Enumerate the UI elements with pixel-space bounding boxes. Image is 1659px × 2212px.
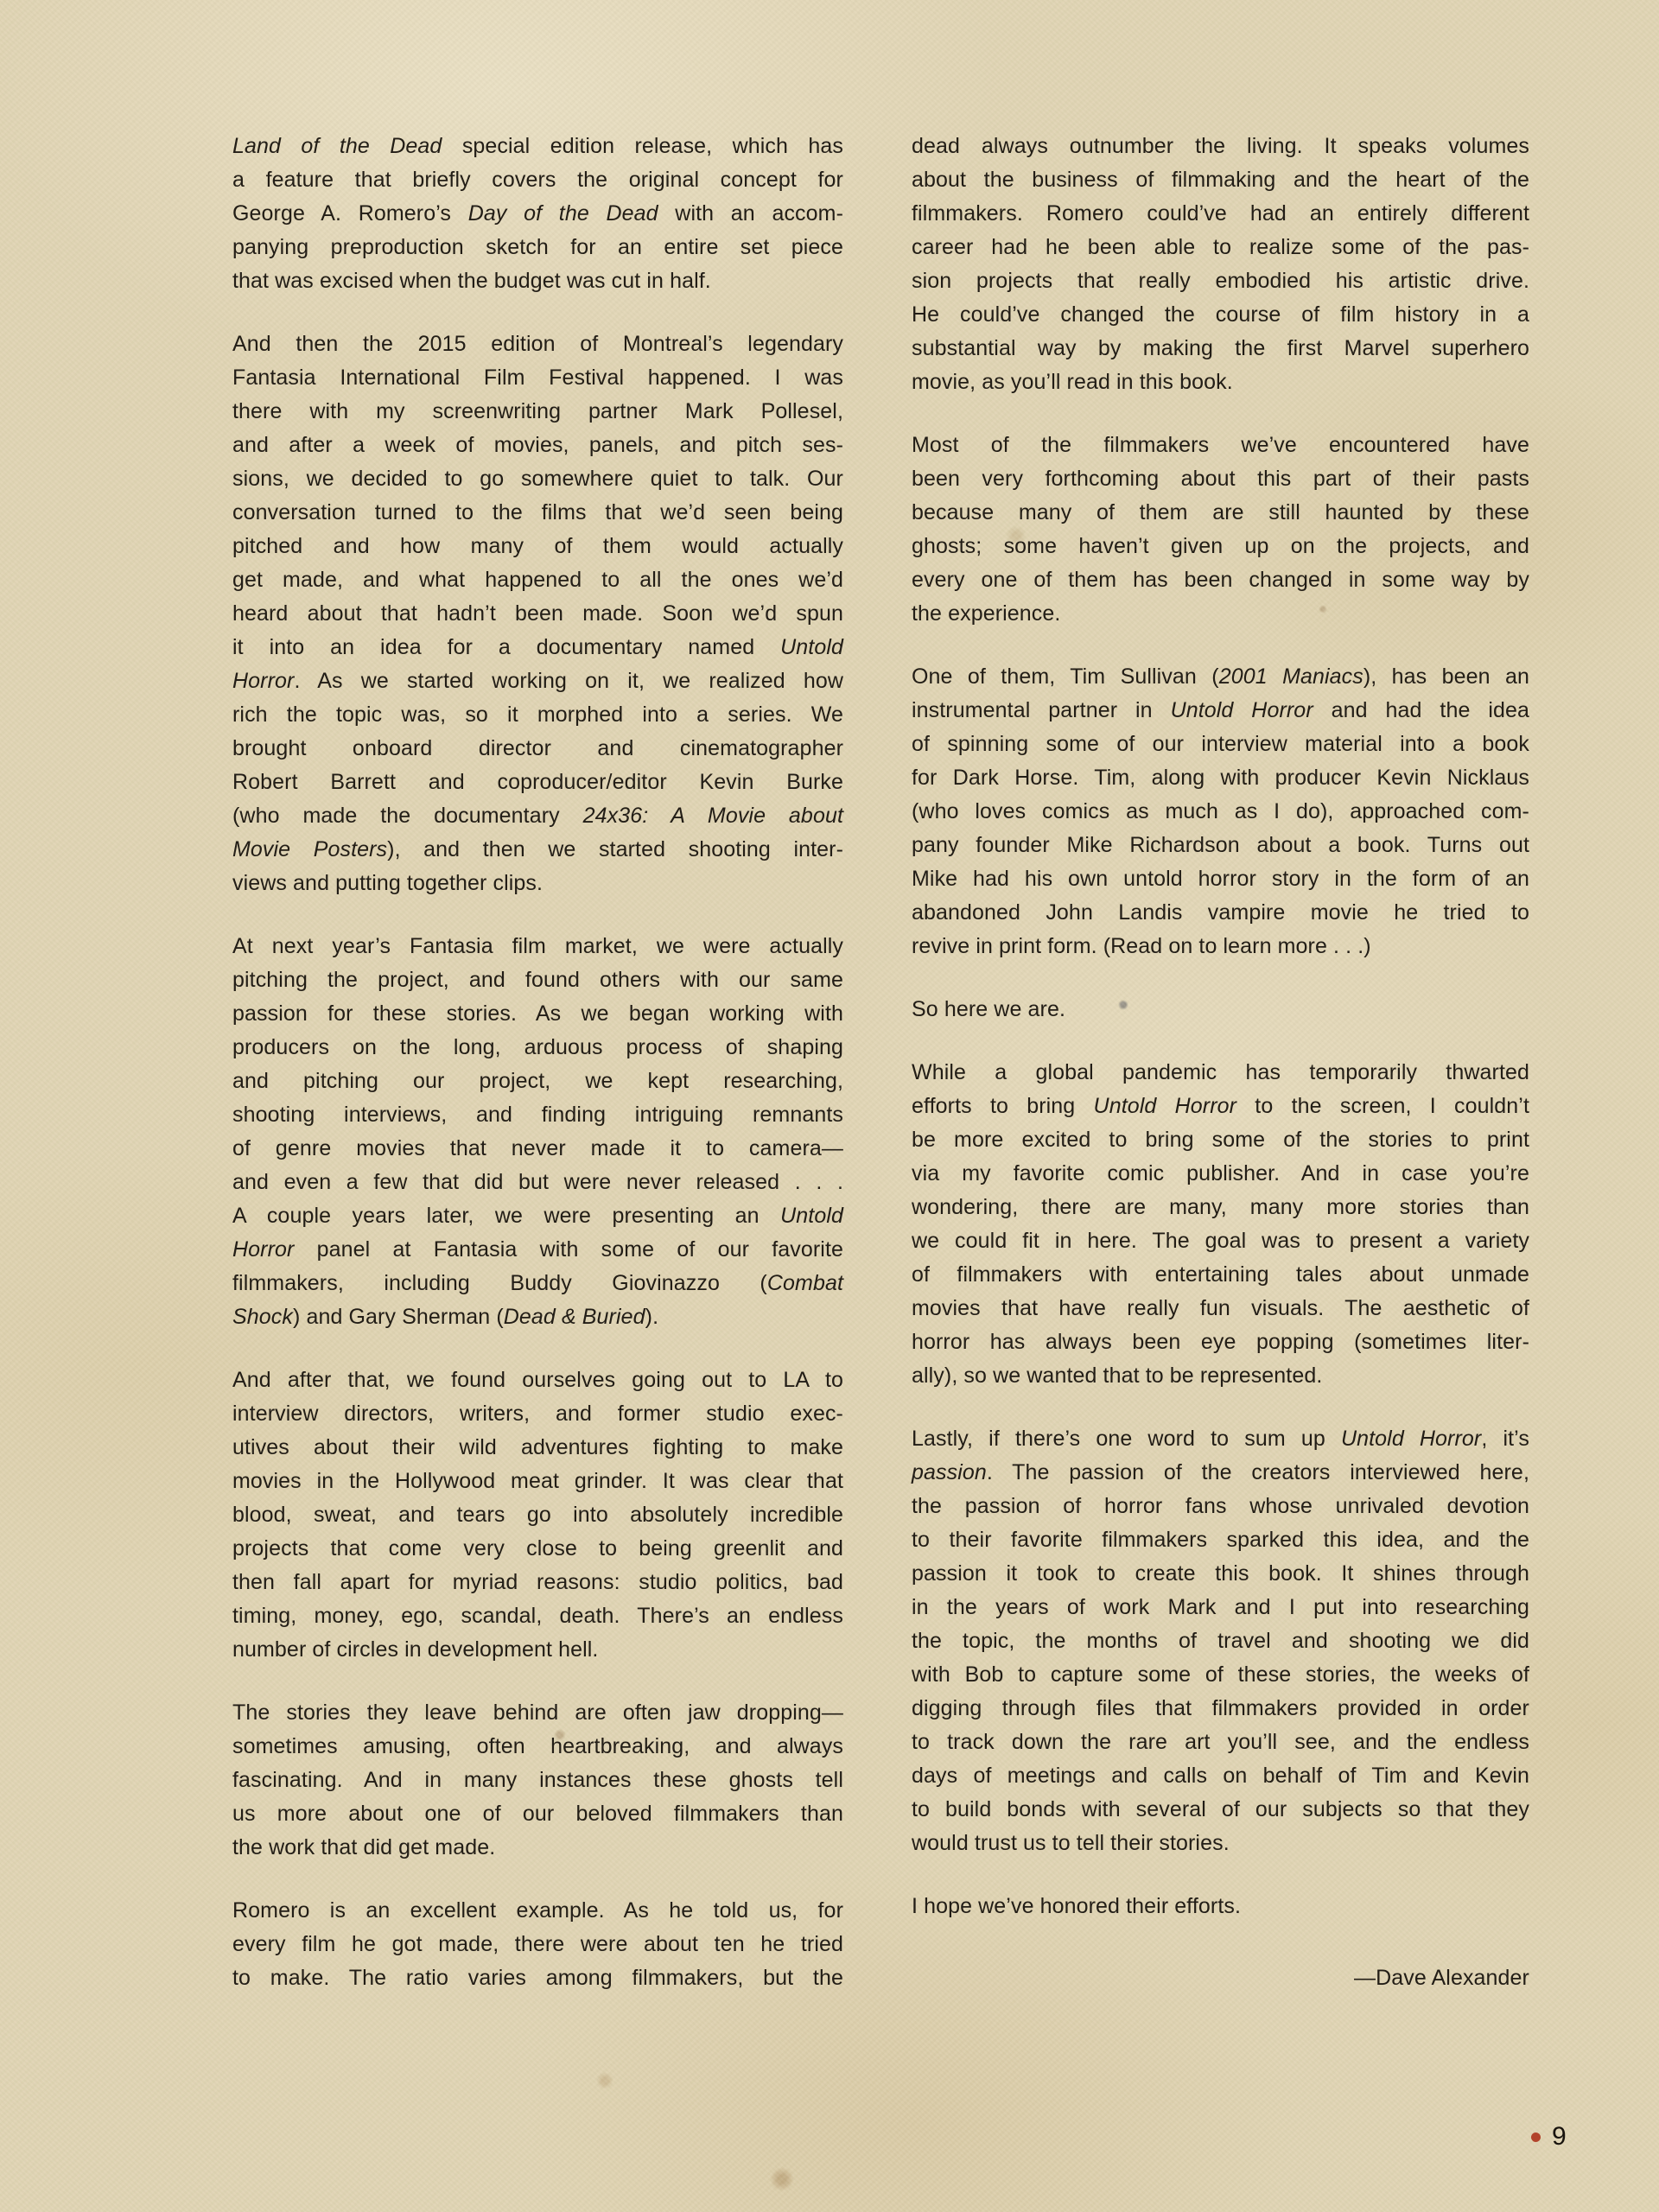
text-line: heard about that hadn’t been made. Soon … xyxy=(232,597,843,631)
text-run: us more about one of our beloved filmmak… xyxy=(232,1802,843,1826)
text-line: fascinating. And in many instances these… xyxy=(232,1764,843,1797)
text-run: So here we are. xyxy=(912,997,1065,1021)
text-line: He could’ve changed the course of film h… xyxy=(912,298,1529,332)
text-run: and had the idea xyxy=(1313,698,1529,722)
text-line: sometimes amusing, often heartbreaking, … xyxy=(232,1730,843,1764)
text-line: to build bonds with several of our subje… xyxy=(912,1793,1529,1827)
text-line: been very forthcoming about this part of… xyxy=(912,462,1529,496)
text-run: and pitching our project, we kept resear… xyxy=(232,1069,843,1093)
text-line: be more excited to bring some of the sto… xyxy=(912,1123,1529,1157)
italic-text-run: Dead & Buried xyxy=(504,1305,645,1329)
author-signature: —Dave Alexander xyxy=(912,1961,1529,1995)
text-run: views and putting together clips. xyxy=(232,871,543,895)
text-run: George A. Romero’s xyxy=(232,201,468,226)
paragraph: One of them, Tim Sullivan (2001 Maniacs)… xyxy=(912,660,1529,963)
text-run: then fall apart for myriad reasons: stud… xyxy=(232,1570,843,1594)
text-run: the work that did get made. xyxy=(232,1835,495,1859)
italic-text-run: passion xyxy=(912,1460,987,1484)
text-run: passion for these stories. As we began w… xyxy=(232,1001,843,1026)
paragraph: dead always outnumber the living. It spe… xyxy=(912,130,1529,399)
text-run: instrumental partner in xyxy=(912,698,1171,722)
paragraph: And after that, we found ourselves going… xyxy=(232,1363,843,1667)
text-run: fascinating. And in many instances these… xyxy=(232,1768,843,1792)
text-run: with Bob to capture some of these storie… xyxy=(912,1662,1529,1687)
text-line: Robert Barrett and coproducer/editor Kev… xyxy=(232,766,843,799)
text-run: . The passion of the creators interviewe… xyxy=(987,1460,1529,1484)
text-line: and pitching our project, we kept resear… xyxy=(232,1065,843,1098)
text-run: number of circles in development hell. xyxy=(232,1637,598,1662)
page-number-dot xyxy=(1531,2133,1541,2142)
text-line: Lastly, if there’s one word to sum up Un… xyxy=(912,1422,1529,1456)
text-line: A couple years later, we were presenting… xyxy=(232,1199,843,1233)
text-run: the experience. xyxy=(912,601,1060,626)
text-run: because many of them are still haunted b… xyxy=(912,500,1529,524)
text-run: pitching the project, and found others w… xyxy=(232,968,843,992)
text-run: I hope we’ve honored their efforts. xyxy=(912,1894,1241,1918)
text-run: timing, money, ego, scandal, death. Ther… xyxy=(232,1604,843,1628)
text-line: in the years of work Mark and I put into… xyxy=(912,1591,1529,1624)
text-line: every film he got made, there were about… xyxy=(232,1928,843,1961)
text-run: Most of the filmmakers we’ve encountered… xyxy=(912,433,1529,457)
italic-text-run: Untold xyxy=(780,1204,843,1228)
text-line: And then the 2015 edition of Montreal’s … xyxy=(232,327,843,361)
paragraph: Most of the filmmakers we’ve encountered… xyxy=(912,429,1529,631)
text-line: the work that did get made. xyxy=(232,1831,843,1865)
text-run: get made, and what happened to all the o… xyxy=(232,568,843,592)
text-line: pitching the project, and found others w… xyxy=(232,963,843,997)
italic-text-run: Combat xyxy=(767,1271,843,1295)
text-run: days of meetings and calls on behalf of … xyxy=(912,1764,1529,1788)
text-line: (who loves comics as much as I do), appr… xyxy=(912,795,1529,829)
text-run: . As we started working on it, we realiz… xyxy=(294,669,843,693)
italic-text-run: Movie Posters xyxy=(232,837,387,861)
text-run: movies in the Hollywood meat grinder. It… xyxy=(232,1469,843,1493)
text-run: a feature that briefly covers the origin… xyxy=(232,168,843,192)
right-text-column: dead always outnumber the living. It spe… xyxy=(912,130,1529,1995)
text-run: passion it took to create this book. It … xyxy=(912,1561,1529,1586)
text-line: to track down the rare art you’ll see, a… xyxy=(912,1726,1529,1759)
text-run: be more excited to bring some of the sto… xyxy=(912,1128,1529,1152)
paragraph: The stories they leave behind are often … xyxy=(232,1696,843,1865)
text-line: of filmmakers with entertaining tales ab… xyxy=(912,1258,1529,1292)
text-run: Lastly, if there’s one word to sum up xyxy=(912,1427,1341,1451)
text-line: While a global pandemic has temporarily … xyxy=(912,1056,1529,1090)
text-line: views and putting together clips. xyxy=(232,867,843,900)
text-line: blood, sweat, and tears go into absolute… xyxy=(232,1498,843,1532)
text-line: of spinning some of our interview materi… xyxy=(912,728,1529,761)
text-run: While a global pandemic has temporarily … xyxy=(912,1060,1529,1084)
text-line: and even a few that did but were never r… xyxy=(232,1166,843,1199)
italic-text-run: Untold Horror xyxy=(1341,1427,1481,1451)
paragraph: Land of the Dead special edition release… xyxy=(232,130,843,298)
text-run: every one of them has been changed in so… xyxy=(912,568,1529,592)
text-run: would trust us to tell their stories. xyxy=(912,1831,1230,1855)
italic-text-run: 24x36: A Movie about xyxy=(583,804,843,828)
text-run: to make. The ratio varies among filmmake… xyxy=(232,1966,843,1990)
italic-text-run: Horror xyxy=(232,1237,294,1262)
text-line: movies in the Hollywood meat grinder. It… xyxy=(232,1465,843,1498)
text-line: for Dark Horse. Tim, along with producer… xyxy=(912,761,1529,795)
text-line: days of meetings and calls on behalf of … xyxy=(912,1759,1529,1793)
text-line: the passion of horror fans whose unrival… xyxy=(912,1490,1529,1523)
text-run: special edition release, which has xyxy=(442,134,843,158)
text-run: and even a few that did but were never r… xyxy=(232,1170,843,1194)
text-run: , it’s xyxy=(1481,1427,1529,1451)
text-run: movie, as you’ll read in this book. xyxy=(912,370,1233,394)
text-line: revive in print form. (Read on to learn … xyxy=(912,930,1529,963)
text-run: career had he been able to realize some … xyxy=(912,235,1529,259)
text-run: that was excised when the budget was cut… xyxy=(232,269,711,293)
text-run: ) and Gary Sherman ( xyxy=(293,1305,504,1329)
text-run: At next year’s Fantasia film market, we … xyxy=(232,934,843,958)
text-line: and after a week of movies, panels, and … xyxy=(232,429,843,462)
text-line: passion for these stories. As we began w… xyxy=(232,997,843,1031)
text-line: And after that, we found ourselves going… xyxy=(232,1363,843,1397)
text-run: for Dark Horse. Tim, along with producer… xyxy=(912,766,1529,790)
text-run: A couple years later, we were presenting… xyxy=(232,1204,780,1228)
text-run: interview directors, writers, and former… xyxy=(232,1402,843,1426)
left-text-column: Land of the Dead special edition release… xyxy=(232,130,843,1995)
text-run: in the years of work Mark and I put into… xyxy=(912,1595,1529,1619)
text-line: movie, as you’ll read in this book. xyxy=(912,365,1529,399)
text-run: heard about that hadn’t been made. Soon … xyxy=(232,601,843,626)
text-run: via my favorite comic publisher. And in … xyxy=(912,1161,1529,1185)
text-line: brought onboard director and cinematogra… xyxy=(232,732,843,766)
text-run: The stories they leave behind are often … xyxy=(232,1700,843,1725)
text-line: rich the topic was, so it morphed into a… xyxy=(232,698,843,732)
text-run: and after a week of movies, panels, and … xyxy=(232,433,843,457)
text-run: about the business of filmmaking and the… xyxy=(912,168,1529,192)
text-line: wondering, there are many, many more sto… xyxy=(912,1191,1529,1224)
text-run: sometimes amusing, often heartbreaking, … xyxy=(232,1734,843,1758)
text-line: horror has always been eye popping (some… xyxy=(912,1325,1529,1359)
text-line: number of circles in development hell. xyxy=(232,1633,843,1667)
paragraph: At next year’s Fantasia film market, we … xyxy=(232,930,843,1334)
text-run: brought onboard director and cinematogra… xyxy=(232,736,843,760)
text-run: the topic, the months of travel and shoo… xyxy=(912,1629,1529,1653)
text-run: ally), so we wanted that to be represent… xyxy=(912,1363,1322,1388)
text-line: then fall apart for myriad reasons: stud… xyxy=(232,1566,843,1599)
text-line: sions, we decided to go somewhere quiet … xyxy=(232,462,843,496)
text-line: At next year’s Fantasia film market, we … xyxy=(232,930,843,963)
text-line: The stories they leave behind are often … xyxy=(232,1696,843,1730)
text-line: Movie Posters), and then we started shoo… xyxy=(232,833,843,867)
italic-text-run: Untold xyxy=(780,635,843,659)
text-line: interview directors, writers, and former… xyxy=(232,1397,843,1431)
text-line: panying preproduction sketch for an enti… xyxy=(232,231,843,264)
text-run: And then the 2015 edition of Montreal’s … xyxy=(232,332,843,356)
text-run: horror has always been eye popping (some… xyxy=(912,1330,1529,1354)
text-line: passion it took to create this book. It … xyxy=(912,1557,1529,1591)
page-number: 9 xyxy=(1552,2122,1567,2152)
text-run: ghosts; some haven’t given up on the pro… xyxy=(912,534,1529,558)
text-run: to build bonds with several of our subje… xyxy=(912,1797,1529,1821)
text-run: utives about their wild adventures fight… xyxy=(232,1435,843,1459)
text-line: that was excised when the budget was cut… xyxy=(232,264,843,298)
italic-text-run: Untold Horror xyxy=(1171,698,1313,722)
italic-text-run: Land of the Dead xyxy=(232,134,442,158)
text-run: ), and then we started shooting inter- xyxy=(387,837,843,861)
text-line: timing, money, ego, scandal, death. Ther… xyxy=(232,1599,843,1633)
paragraph: I hope we’ve honored their efforts. xyxy=(912,1890,1529,1923)
text-line: pitched and how many of them would actua… xyxy=(232,530,843,563)
book-page: Land of the Dead special edition release… xyxy=(0,0,1659,2212)
text-run: the passion of horror fans whose unrival… xyxy=(912,1494,1529,1518)
text-run: to their favorite filmmakers sparked thi… xyxy=(912,1528,1529,1552)
text-line: passion. The passion of the creators int… xyxy=(912,1456,1529,1490)
text-line: Most of the filmmakers we’ve encountered… xyxy=(912,429,1529,462)
text-line: substantial way by making the first Marv… xyxy=(912,332,1529,365)
text-run: Fantasia International Film Festival hap… xyxy=(232,365,843,390)
text-run: we could fit in here. The goal was to pr… xyxy=(912,1229,1529,1253)
text-line: Horror. As we started working on it, we … xyxy=(232,664,843,698)
text-run: One of them, Tim Sullivan ( xyxy=(912,664,1219,689)
text-run: of spinning some of our interview materi… xyxy=(912,732,1529,756)
italic-text-run: Horror xyxy=(232,669,294,693)
text-run: with an accom- xyxy=(658,201,843,226)
text-line: (who made the documentary 24x36: A Movie… xyxy=(232,799,843,833)
text-run: there with my screenwriting partner Mark… xyxy=(232,399,843,423)
text-line: producers on the long, arduous process o… xyxy=(232,1031,843,1065)
text-run: pany founder Mike Richardson about a boo… xyxy=(912,833,1529,857)
text-line: every one of them has been changed in so… xyxy=(912,563,1529,597)
text-line: a feature that briefly covers the origin… xyxy=(232,163,843,197)
text-line: Horror panel at Fantasia with some of ou… xyxy=(232,1233,843,1267)
text-line: filmmakers. Romero could’ve had an entir… xyxy=(912,197,1529,231)
text-run: Mike had his own untold horror story in … xyxy=(912,867,1529,891)
text-run: projects that come very close to being g… xyxy=(232,1536,843,1560)
text-line: I hope we’ve honored their efforts. xyxy=(912,1890,1529,1923)
italic-text-run: Shock xyxy=(232,1305,293,1329)
paragraph: While a global pandemic has temporarily … xyxy=(912,1056,1529,1393)
text-line: we could fit in here. The goal was to pr… xyxy=(912,1224,1529,1258)
text-line: of genre movies that never made it to ca… xyxy=(232,1132,843,1166)
text-run: filmmakers. Romero could’ve had an entir… xyxy=(912,201,1529,226)
text-run: Robert Barrett and coproducer/editor Kev… xyxy=(232,770,843,794)
text-line: conversation turned to the films that we… xyxy=(232,496,843,530)
text-line: with Bob to capture some of these storie… xyxy=(912,1658,1529,1692)
paragraph: Romero is an excellent example. As he to… xyxy=(232,1894,843,1995)
text-line: filmmakers, including Buddy Giovinazzo (… xyxy=(232,1267,843,1300)
text-run: dead always outnumber the living. It spe… xyxy=(912,134,1529,158)
text-run: producers on the long, arduous process o… xyxy=(232,1035,843,1059)
text-run: of filmmakers with entertaining tales ab… xyxy=(912,1262,1529,1287)
text-line: abandoned John Landis vampire movie he t… xyxy=(912,896,1529,930)
paragraph: Lastly, if there’s one word to sum up Un… xyxy=(912,1422,1529,1860)
text-run: rich the topic was, so it morphed into a… xyxy=(232,702,843,727)
right-column-paragraphs: dead always outnumber the living. It spe… xyxy=(912,130,1529,1923)
italic-text-run: 2001 Maniacs xyxy=(1219,664,1363,689)
text-run: panel at Fantasia with some of our favor… xyxy=(294,1237,843,1262)
text-run: conversation turned to the films that we… xyxy=(232,500,843,524)
italic-text-run: Untold Horror xyxy=(1094,1094,1237,1118)
text-line: get made, and what happened to all the o… xyxy=(232,563,843,597)
text-run: ), has been an xyxy=(1363,664,1529,689)
text-run: abandoned John Landis vampire movie he t… xyxy=(912,900,1529,925)
text-line: efforts to bring Untold Horror to the sc… xyxy=(912,1090,1529,1123)
text-run: movies that have really fun visuals. The… xyxy=(912,1296,1529,1320)
text-run: substantial way by making the first Marv… xyxy=(912,336,1529,360)
text-line: via my favorite comic publisher. And in … xyxy=(912,1157,1529,1191)
text-run: shooting interviews, and finding intrigu… xyxy=(232,1103,843,1127)
text-run: filmmakers, including Buddy Giovinazzo ( xyxy=(232,1271,767,1295)
text-line: movies that have really fun visuals. The… xyxy=(912,1292,1529,1325)
text-run: to the screen, I couldn’t xyxy=(1236,1094,1529,1118)
text-line: shooting interviews, and finding intrigu… xyxy=(232,1098,843,1132)
text-line: sion projects that really embodied his a… xyxy=(912,264,1529,298)
text-run: ). xyxy=(645,1305,658,1329)
text-line: instrumental partner in Untold Horror an… xyxy=(912,694,1529,728)
text-run: efforts to bring xyxy=(912,1094,1094,1118)
text-run: And after that, we found ourselves going… xyxy=(232,1368,843,1392)
text-line: utives about their wild adventures fight… xyxy=(232,1431,843,1465)
text-line: would trust us to tell their stories. xyxy=(912,1827,1529,1860)
text-line: to their favorite filmmakers sparked thi… xyxy=(912,1523,1529,1557)
text-run: been very forthcoming about this part of… xyxy=(912,467,1529,491)
text-line: One of them, Tim Sullivan (2001 Maniacs)… xyxy=(912,660,1529,694)
text-line: there with my screenwriting partner Mark… xyxy=(232,395,843,429)
text-line: Shock) and Gary Sherman (Dead & Buried). xyxy=(232,1300,843,1334)
text-line: ghosts; some haven’t given up on the pro… xyxy=(912,530,1529,563)
text-line: career had he been able to realize some … xyxy=(912,231,1529,264)
text-run: pitched and how many of them would actua… xyxy=(232,534,843,558)
page-footer: 9 xyxy=(1531,2119,1567,2155)
italic-text-run: Day of the Dead xyxy=(468,201,658,226)
text-line: about the business of filmmaking and the… xyxy=(912,163,1529,197)
text-line: us more about one of our beloved filmmak… xyxy=(232,1797,843,1831)
text-line: digging through files that filmmakers pr… xyxy=(912,1692,1529,1726)
text-run: blood, sweat, and tears go into absolute… xyxy=(232,1503,843,1527)
text-line: ally), so we wanted that to be represent… xyxy=(912,1359,1529,1393)
text-run: sions, we decided to go somewhere quiet … xyxy=(232,467,843,491)
text-line: Land of the Dead special edition release… xyxy=(232,130,843,163)
text-run: digging through files that filmmakers pr… xyxy=(912,1696,1529,1720)
text-line: pany founder Mike Richardson about a boo… xyxy=(912,829,1529,862)
text-run: panying preproduction sketch for an enti… xyxy=(232,235,843,259)
text-run: of genre movies that never made it to ca… xyxy=(232,1136,843,1160)
text-run: (who made the documentary xyxy=(232,804,583,828)
text-line: it into an idea for a documentary named … xyxy=(232,631,843,664)
text-line: projects that come very close to being g… xyxy=(232,1532,843,1566)
text-run: sion projects that really embodied his a… xyxy=(912,269,1529,293)
text-run: it into an idea for a documentary named xyxy=(232,635,780,659)
text-line: George A. Romero’s Day of the Dead with … xyxy=(232,197,843,231)
text-line: dead always outnumber the living. It spe… xyxy=(912,130,1529,163)
text-run: (who loves comics as much as I do), appr… xyxy=(912,799,1529,823)
paragraph: And then the 2015 edition of Montreal’s … xyxy=(232,327,843,900)
text-line: Fantasia International Film Festival hap… xyxy=(232,361,843,395)
text-line: the topic, the months of travel and shoo… xyxy=(912,1624,1529,1658)
text-run: He could’ve changed the course of film h… xyxy=(912,302,1529,327)
text-run: wondering, there are many, many more sto… xyxy=(912,1195,1529,1219)
text-line: So here we are. xyxy=(912,993,1529,1027)
text-line: to make. The ratio varies among filmmake… xyxy=(232,1961,843,1995)
text-run: to track down the rare art you’ll see, a… xyxy=(912,1730,1529,1754)
text-run: revive in print form. (Read on to learn … xyxy=(912,934,1371,958)
text-line: the experience. xyxy=(912,597,1529,631)
text-run: every film he got made, there were about… xyxy=(232,1932,843,1956)
paragraph: So here we are. xyxy=(912,993,1529,1027)
text-line: Mike had his own untold horror story in … xyxy=(912,862,1529,896)
text-line: Romero is an excellent example. As he to… xyxy=(232,1894,843,1928)
text-line: because many of them are still haunted b… xyxy=(912,496,1529,530)
text-run: Romero is an excellent example. As he to… xyxy=(232,1898,843,1923)
